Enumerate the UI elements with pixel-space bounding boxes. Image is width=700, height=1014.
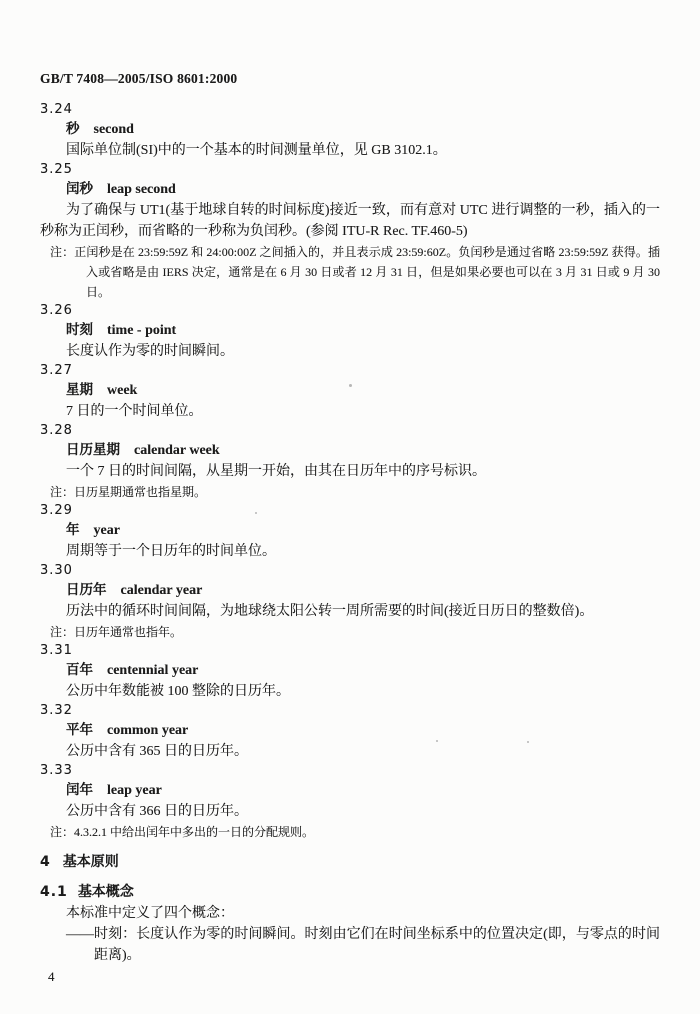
scan-speck bbox=[527, 741, 529, 743]
chapter-number: 4 bbox=[40, 854, 51, 870]
clause-note: 注：正闰秒是在 23:59:59Z 和 24:00:00Z 之间插入的，并且表示… bbox=[40, 242, 660, 302]
term-line: 平年common year bbox=[40, 719, 660, 741]
scan-speck bbox=[436, 740, 438, 742]
definition-text: 公历中含有 365 日的日历年。 bbox=[40, 741, 660, 762]
term-english: time - point bbox=[107, 323, 176, 338]
clause-3-32: 3.32 平年common year 公历中含有 365 日的日历年。 bbox=[40, 702, 660, 762]
term-chinese: 年 bbox=[66, 522, 80, 537]
term-chinese: 星期 bbox=[66, 382, 93, 397]
term-english: leap second bbox=[107, 182, 176, 197]
term-line: 时刻time - point bbox=[40, 319, 660, 341]
term-english: week bbox=[107, 383, 137, 398]
page-number: 4 bbox=[40, 968, 660, 985]
term-line: 年year bbox=[40, 519, 660, 541]
clause-number: 3.28 bbox=[40, 422, 660, 439]
term-chinese: 时刻 bbox=[66, 322, 93, 337]
term-chinese: 平年 bbox=[66, 722, 93, 737]
term-line: 闰年leap year bbox=[40, 779, 660, 801]
document-header: GB/T 7408—2005/ISO 8601:2000 bbox=[40, 68, 660, 89]
term-chinese: 百年 bbox=[66, 662, 93, 677]
term-line: 日历星期calendar week bbox=[40, 439, 660, 461]
clause-note: 注：日历星期通常也指星期。 bbox=[40, 482, 660, 502]
term-chinese: 闰年 bbox=[66, 782, 93, 797]
definition-text: 国际单位制(SI)中的一个基本的时间测量单位，见 GB 3102.1。 bbox=[40, 140, 660, 161]
term-line: 闰秒leap second bbox=[40, 178, 660, 200]
chapter-title: 基本原则 bbox=[63, 855, 119, 870]
term-line: 日历年calendar year bbox=[40, 579, 660, 601]
clause-note: 注：日历年通常也指年。 bbox=[40, 622, 660, 642]
clause-number: 3.26 bbox=[40, 302, 660, 319]
term-english: second bbox=[94, 122, 134, 137]
clause-number: 3.32 bbox=[40, 702, 660, 719]
clause-note: 注：4.3.2.1 中给出闰年中多出的一日的分配规则。 bbox=[40, 822, 660, 842]
clause-number: 3.31 bbox=[40, 642, 660, 659]
definition-text: 历法中的循环时间间隔，为地球绕太阳公转一周所需要的时间(接近日历日的整数倍)。 bbox=[40, 601, 660, 622]
subclause-heading: 4.1基本概念 bbox=[40, 882, 660, 903]
clause-number: 3.25 bbox=[40, 161, 660, 178]
clause-3-27: 3.27 星期week 7 日的一个时间单位。 bbox=[40, 362, 660, 422]
clause-list: 3.24 秒second 国际单位制(SI)中的一个基本的时间测量单位，见 GB… bbox=[40, 101, 660, 842]
definition-text: 公历中年数能被 100 整除的日历年。 bbox=[40, 681, 660, 702]
term-chinese: 闰秒 bbox=[66, 181, 93, 196]
definition-text: 长度认作为零的时间瞬间。 bbox=[40, 341, 660, 362]
chapter-heading: 4基本原则 bbox=[40, 852, 660, 873]
clause-3-28: 3.28 日历星期calendar week 一个 7 日的时间间隔，从星期一开… bbox=[40, 422, 660, 502]
term-english: calendar year bbox=[121, 583, 203, 598]
clause-number: 3.24 bbox=[40, 101, 660, 118]
definition-text: 7 日的一个时间单位。 bbox=[40, 401, 660, 422]
clause-number: 3.30 bbox=[40, 562, 660, 579]
clause-number: 3.33 bbox=[40, 762, 660, 779]
scan-speck bbox=[349, 384, 352, 387]
term-english: year bbox=[94, 523, 120, 538]
clause-3-24: 3.24 秒second 国际单位制(SI)中的一个基本的时间测量单位，见 GB… bbox=[40, 101, 660, 161]
definition-text: 一个 7 日的时间间隔，从星期一开始，由其在日历年中的序号标识。 bbox=[40, 461, 660, 482]
clause-3-30: 3.30 日历年calendar year 历法中的循环时间间隔，为地球绕太阳公… bbox=[40, 562, 660, 642]
scanned-standard-page: GB/T 7408—2005/ISO 8601:2000 3.24 秒secon… bbox=[0, 0, 700, 1014]
clause-3-29: 3.29 年year 周期等于一个日历年的时间单位。 bbox=[40, 502, 660, 562]
term-chinese: 日历星期 bbox=[66, 442, 120, 457]
term-line: 秒second bbox=[40, 118, 660, 140]
subclause-title: 基本概念 bbox=[78, 885, 134, 900]
concept-list-item: ——时刻：长度认作为零的时间瞬间。时刻由它们在时间坐标系中的位置决定(即，与零点… bbox=[40, 924, 660, 966]
term-english: calendar week bbox=[134, 443, 220, 458]
definition-text: 为了确保与 UT1(基于地球自转的时间标度)接近一致，而有意对 UTC 进行调整… bbox=[40, 200, 660, 242]
term-english: centennial year bbox=[107, 663, 198, 678]
term-english: common year bbox=[107, 723, 188, 738]
term-line: 星期week bbox=[40, 379, 660, 401]
term-chinese: 秒 bbox=[66, 121, 80, 136]
scan-speck bbox=[255, 512, 257, 514]
term-line: 百年centennial year bbox=[40, 659, 660, 681]
term-english: leap year bbox=[107, 783, 162, 798]
definition-text: 公历中含有 366 日的日历年。 bbox=[40, 801, 660, 822]
clause-3-26: 3.26 时刻time - point 长度认作为零的时间瞬间。 bbox=[40, 302, 660, 362]
concepts-intro: 本标准中定义了四个概念： bbox=[40, 903, 660, 924]
clause-3-31: 3.31 百年centennial year 公历中年数能被 100 整除的日历… bbox=[40, 642, 660, 702]
definition-text: 周期等于一个日历年的时间单位。 bbox=[40, 541, 660, 562]
clause-number: 3.29 bbox=[40, 502, 660, 519]
clause-3-33: 3.33 闰年leap year 公历中含有 366 日的日历年。 注：4.3.… bbox=[40, 762, 660, 842]
clause-3-25: 3.25 闰秒leap second 为了确保与 UT1(基于地球自转的时间标度… bbox=[40, 161, 660, 302]
subclause-number: 4.1 bbox=[40, 884, 68, 900]
clause-number: 3.27 bbox=[40, 362, 660, 379]
term-chinese: 日历年 bbox=[66, 582, 107, 597]
